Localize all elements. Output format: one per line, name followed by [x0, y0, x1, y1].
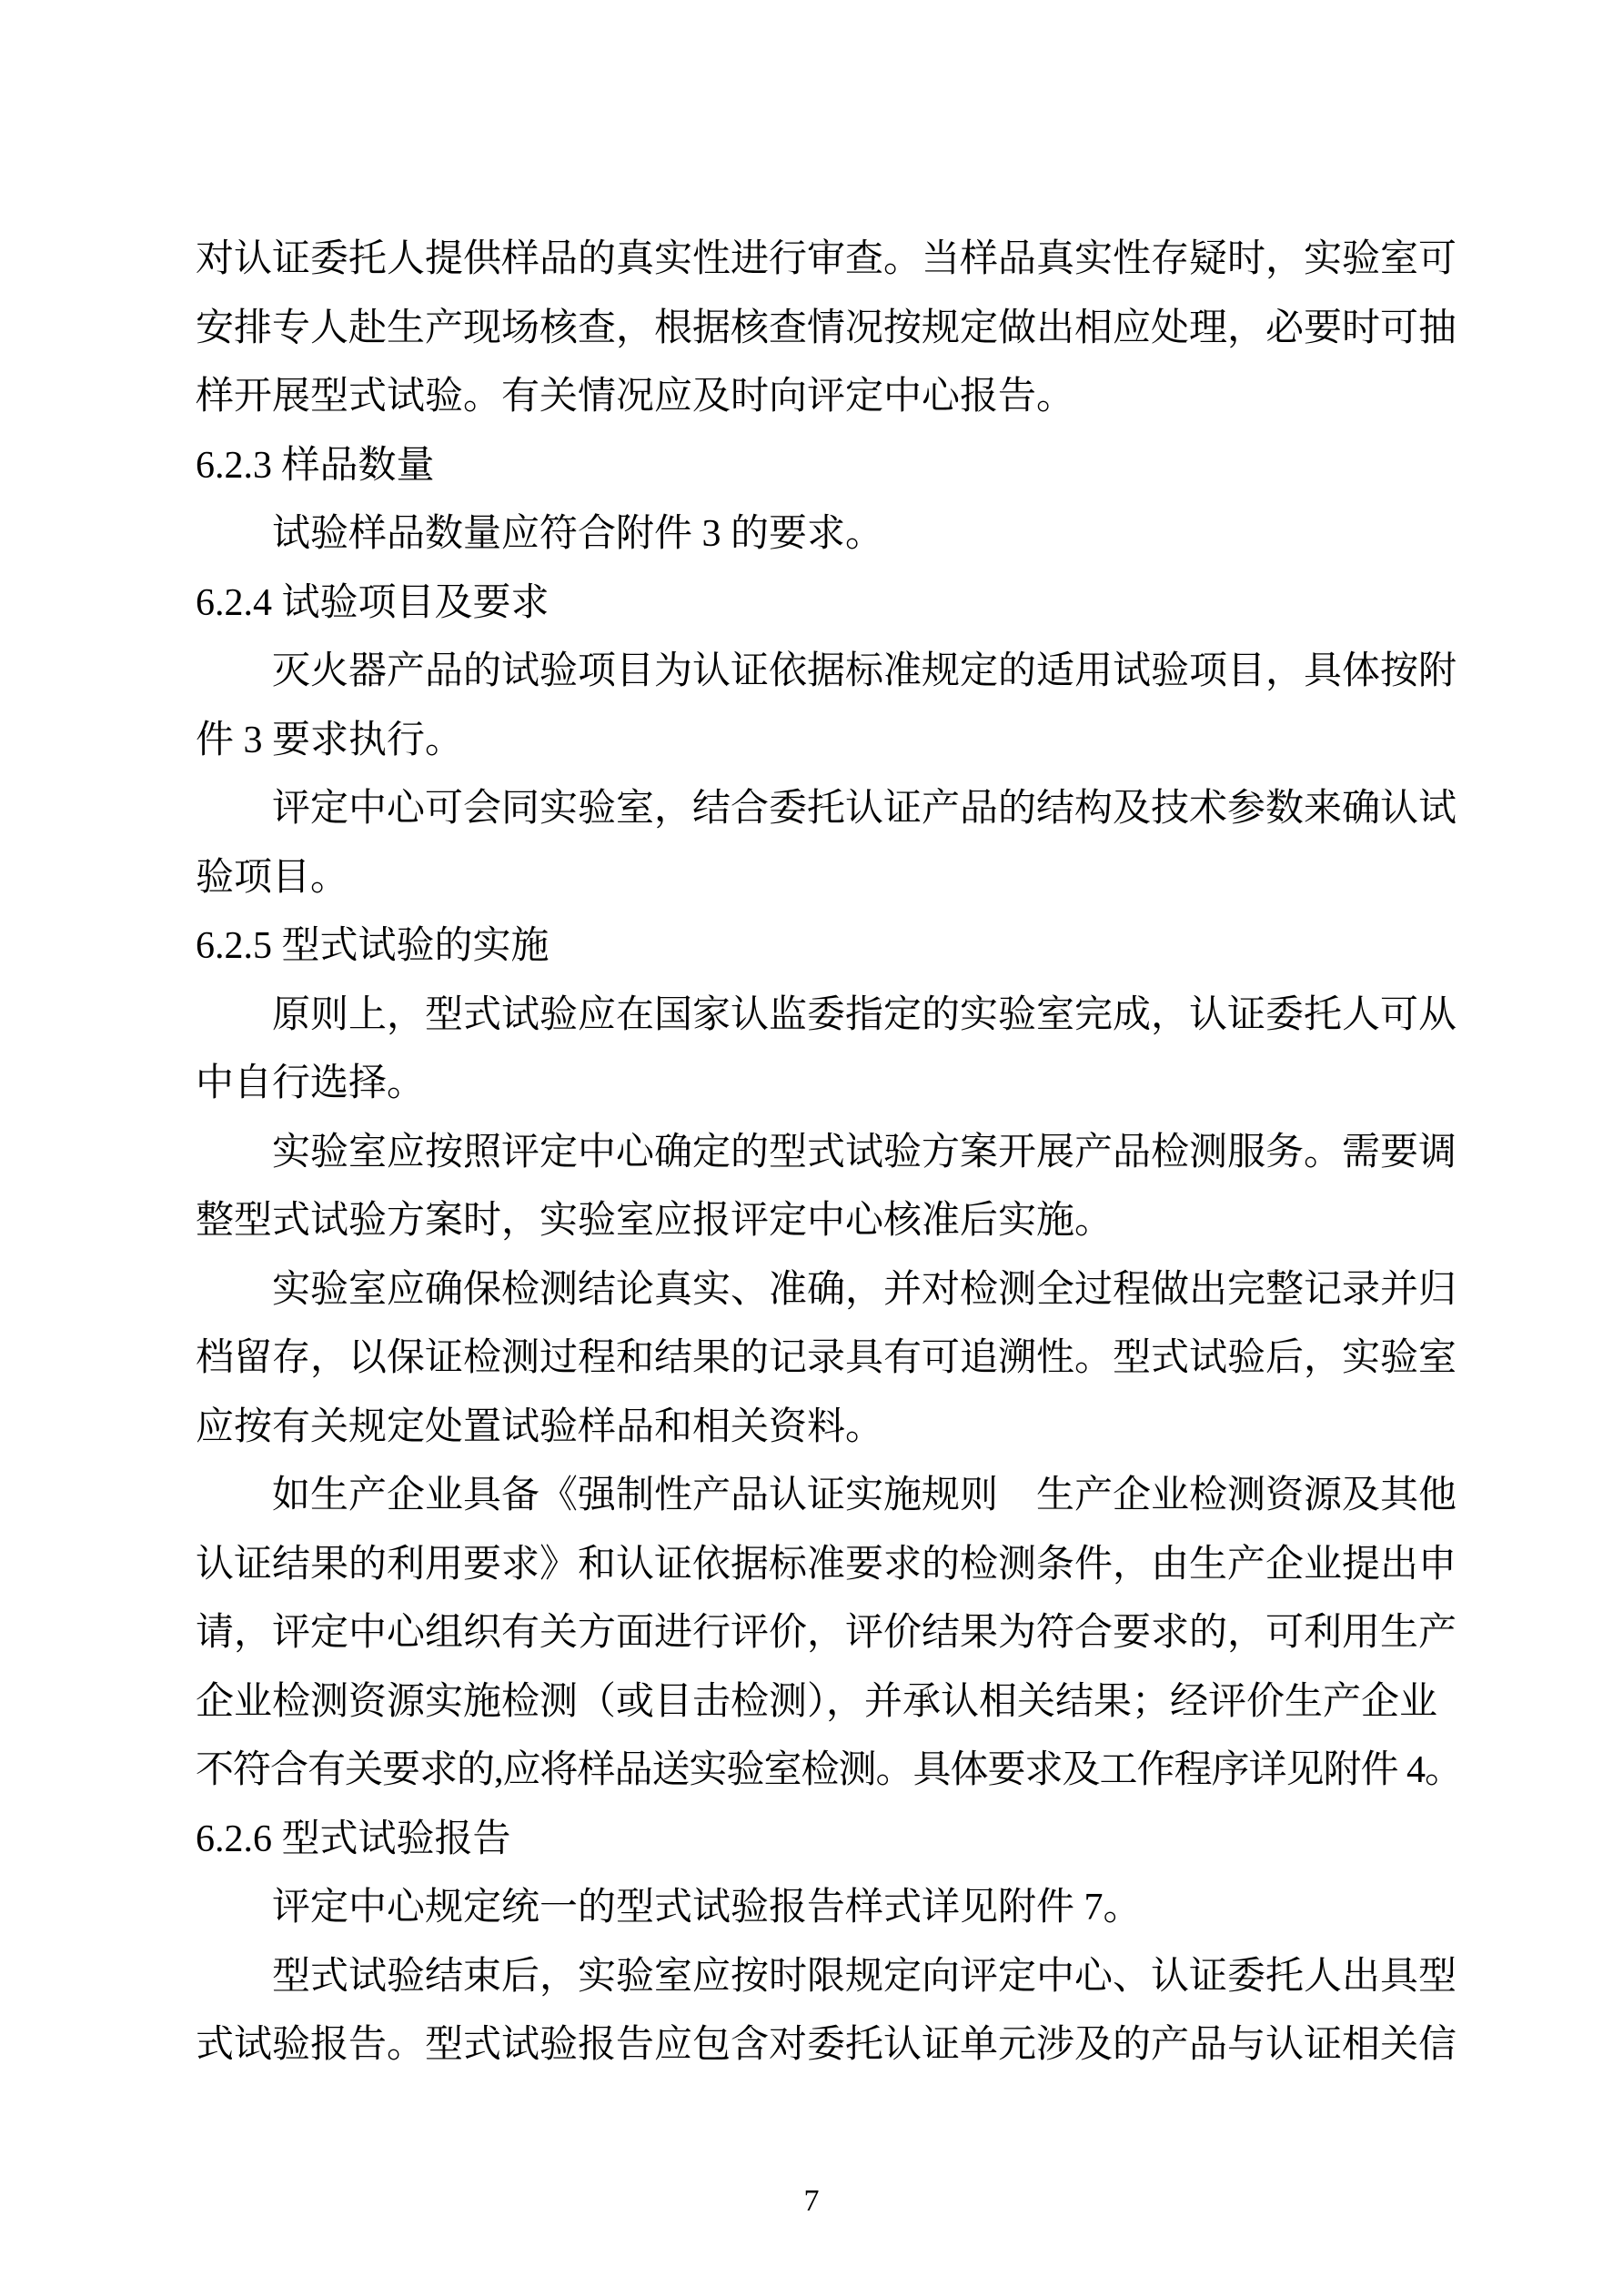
text-line: 实验室应按照评定中心确定的型式试验方案开展产品检测服务。需要调 — [196, 1119, 1473, 1188]
text-line: 样开展型式试验。有关情况应及时向评定中心报告。 — [196, 363, 1473, 432]
section-heading-6-2-4: 6.2.4 试验项目及要求 — [196, 569, 1473, 639]
text-line: 企业检测资源实施检测（或目击检测），并承认相关结果；经评价生产企业 — [196, 1668, 1473, 1737]
text-line: 灭火器产品的试验项目为认证依据标准规定的适用试验项目，具体按附 — [196, 638, 1473, 707]
text-line: 安排专人赴生产现场核查，根据核查情况按规定做出相应处理，必要时可抽 — [196, 295, 1473, 364]
section-heading-6-2-6: 6.2.6 型式试验报告 — [196, 1806, 1473, 1875]
text-line: 应按有关规定处置试验样品和相关资料。 — [196, 1394, 1473, 1463]
text-line: 型式试验结束后，实验室应按时限规定向评定中心、认证委托人出具型 — [196, 1943, 1473, 2012]
text-line: 实验室应确保检测结论真实、准确，并对检测全过程做出完整记录并归 — [196, 1256, 1473, 1325]
text-line: 试验样品数量应符合附件 3 的要求。 — [196, 500, 1473, 569]
text-line: 验项目。 — [196, 844, 1473, 913]
section-heading-6-2-3: 6.2.3 样品数量 — [196, 432, 1473, 501]
text-line: 式试验报告。型式试验报告应包含对委托认证单元涉及的产品与认证相关信 — [196, 2011, 1473, 2080]
text-line: 中自行选择。 — [196, 1050, 1473, 1119]
document-body: 对认证委托人提供样品的真实性进行审查。当样品真实性存疑时，实验室可 安排专人赴生… — [196, 226, 1473, 2080]
page-number: 7 — [0, 2181, 1623, 2221]
text-line: 档留存，以保证检测过程和结果的记录具有可追溯性。型式试验后，实验室 — [196, 1324, 1473, 1394]
text-line: 评定中心可会同实验室，结合委托认证产品的结构及技术参数来确认试 — [196, 775, 1473, 844]
text-line: 对认证委托人提供样品的真实性进行审查。当样品真实性存疑时，实验室可 — [196, 226, 1473, 295]
text-line: 整型式试验方案时，实验室应报评定中心核准后实施。 — [196, 1187, 1473, 1256]
text-line: 请，评定中心组织有关方面进行评价，评价结果为符合要求的，可利用生产 — [196, 1599, 1473, 1668]
text-line: 件 3 要求执行。 — [196, 707, 1473, 776]
text-line: 原则上，型式试验应在国家认监委指定的实验室完成，认证委托人可从 — [196, 982, 1473, 1051]
text-line: 评定中心规定统一的型式试验报告样式详见附件 7。 — [196, 1874, 1473, 1943]
document-page: 对认证委托人提供样品的真实性进行审查。当样品真实性存疑时，实验室可 安排专人赴生… — [0, 0, 1623, 2296]
section-heading-6-2-5: 6.2.5 型式试验的实施 — [196, 912, 1473, 982]
text-line: 如生产企业具备《强制性产品认证实施规则 生产企业检测资源及其他 — [196, 1462, 1473, 1531]
text-line: 认证结果的利用要求》和认证依据标准要求的检测条件，由生产企业提出申 — [196, 1531, 1473, 1600]
text-line: 不符合有关要求的,应将样品送实验室检测。具体要求及工作程序详见附件 4。 — [196, 1737, 1473, 1806]
